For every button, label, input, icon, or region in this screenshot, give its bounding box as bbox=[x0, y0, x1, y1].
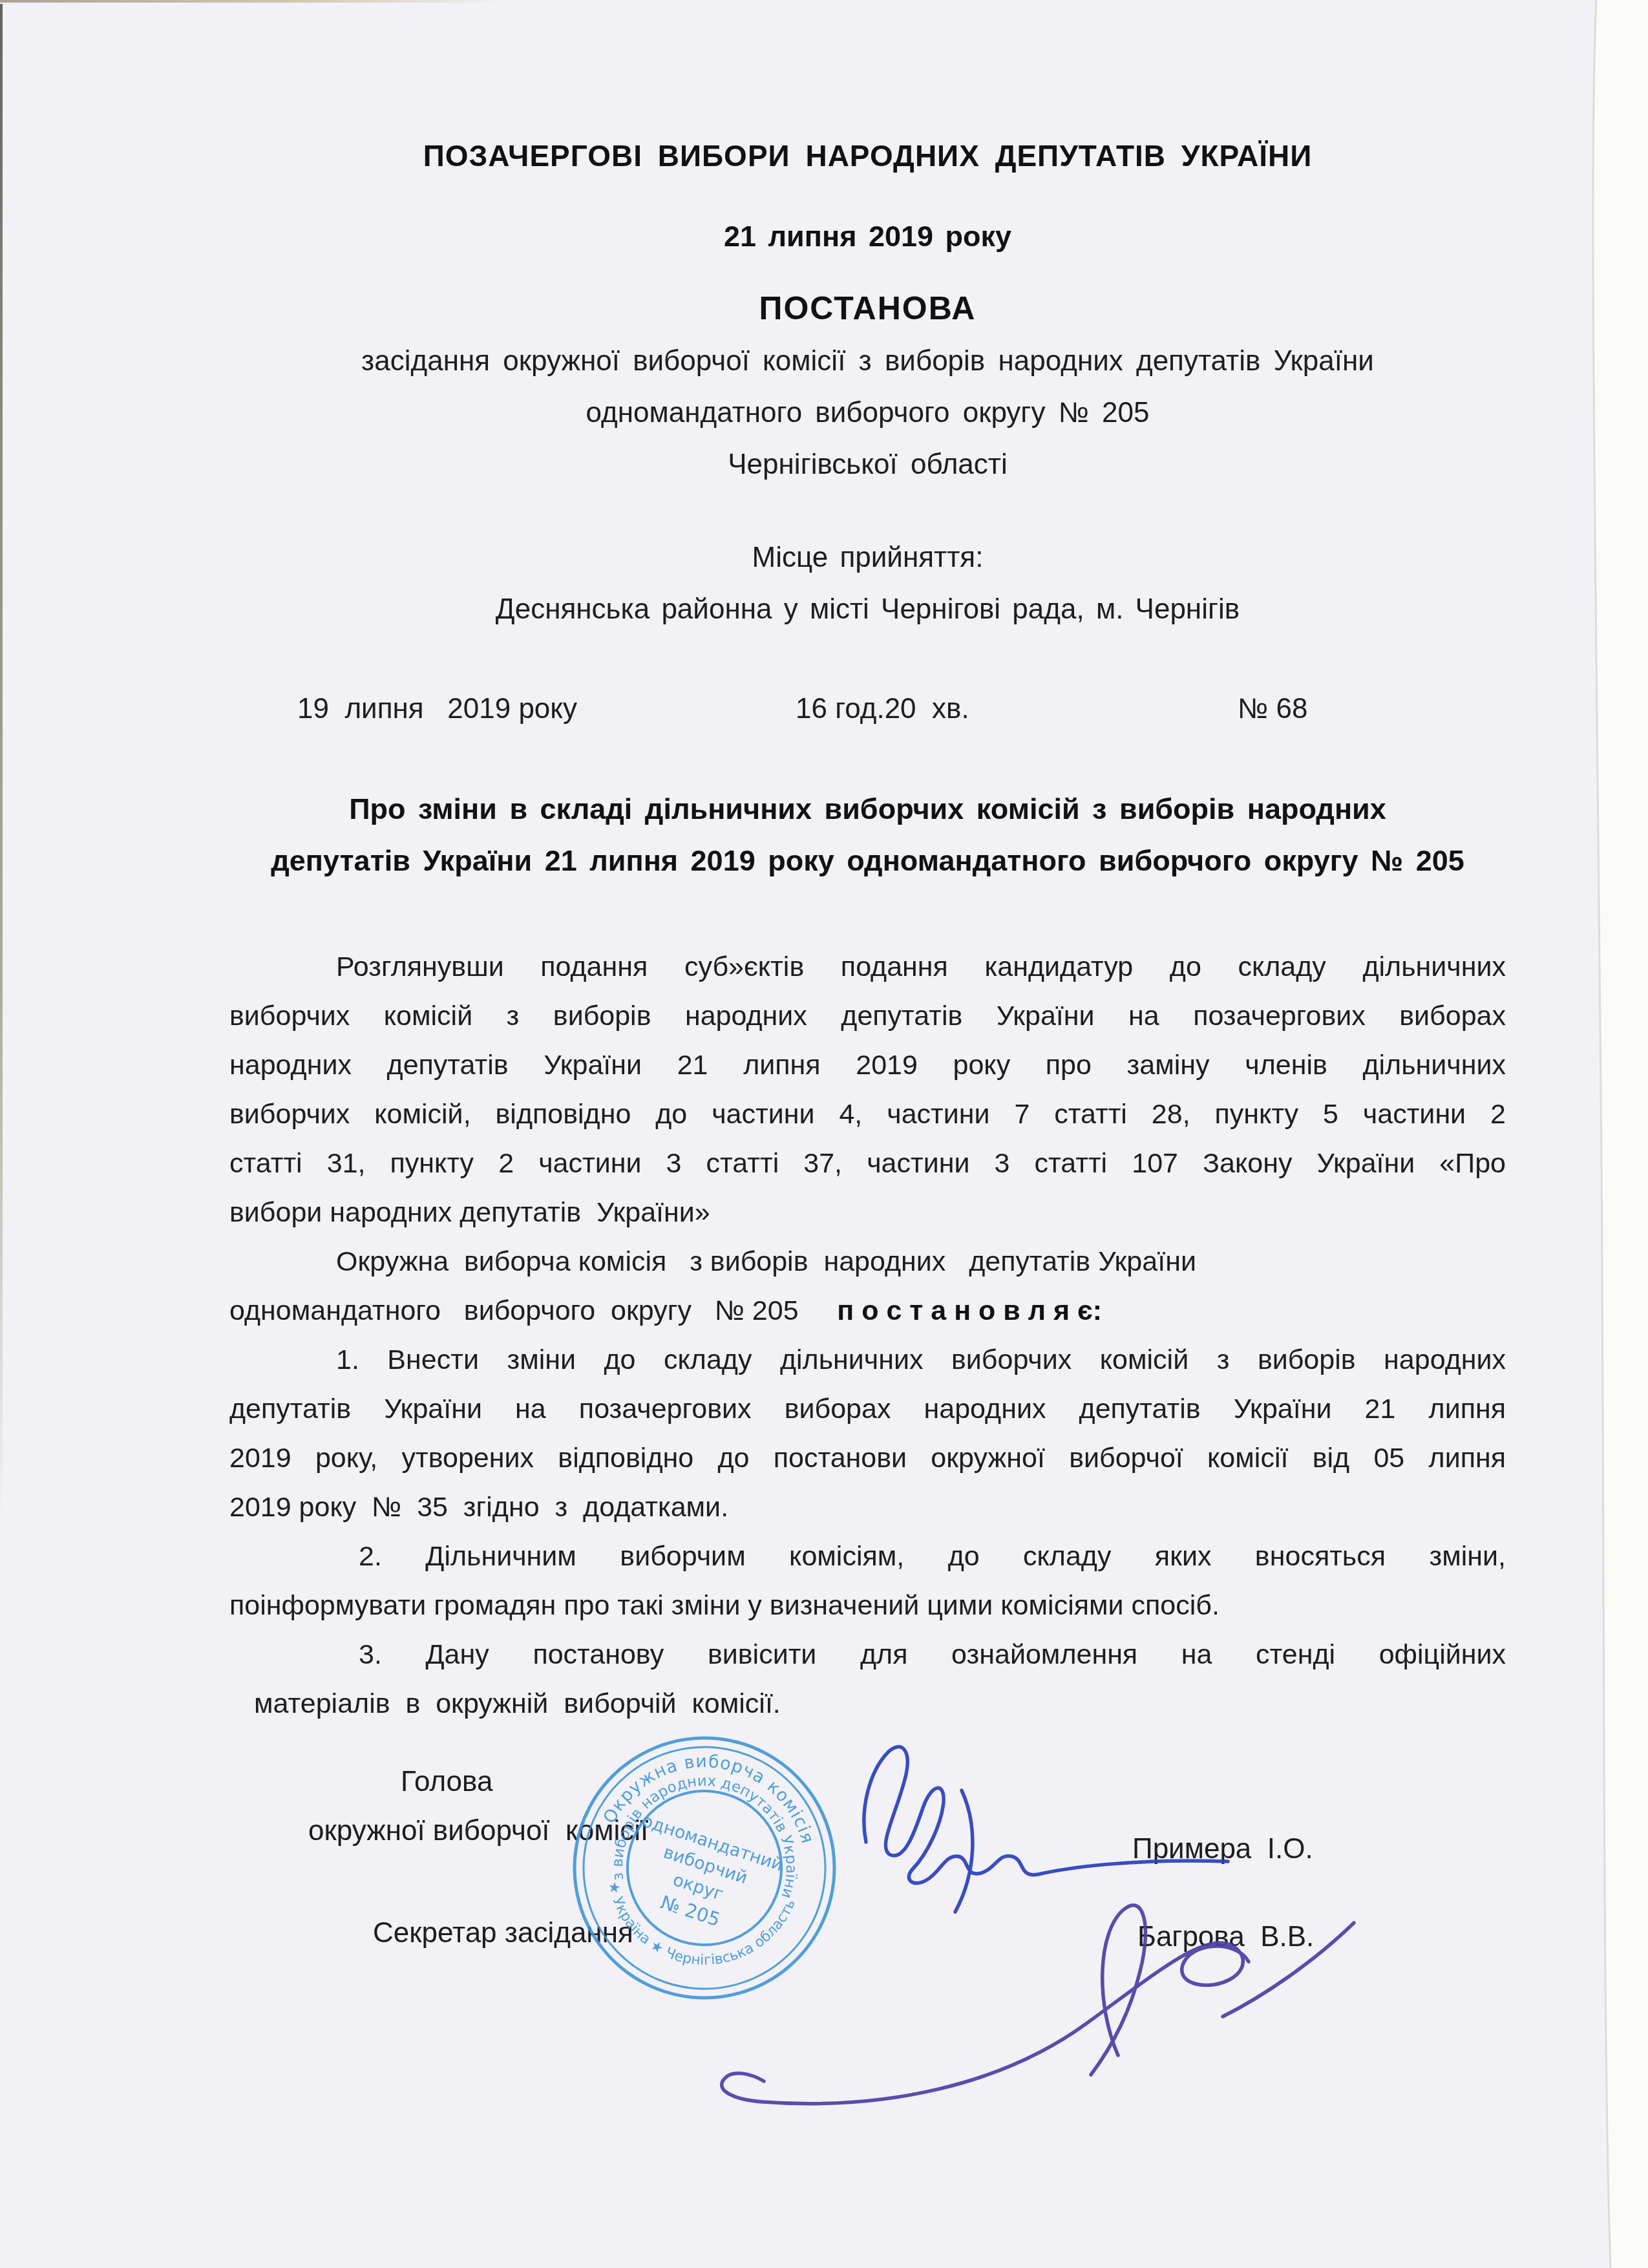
body-line: 2019 року № 35 згідно з додатками. bbox=[229, 1483, 1506, 1532]
body-line: 1. Внести зміни до складу дільничних виб… bbox=[229, 1335, 1506, 1384]
head-signature bbox=[864, 1747, 1228, 1912]
head-role-line-1: Голова bbox=[401, 1766, 492, 1798]
secretary-signature bbox=[722, 1905, 1354, 2104]
body-line: статті 31, пункту 2 частини 3 статті 37,… bbox=[229, 1139, 1506, 1188]
signatures-overlay bbox=[549, 1655, 1389, 2172]
doc-type: ПОСТАНОВА bbox=[229, 290, 1506, 327]
body-line: 2. Дільничним виборчим комісіям, до скла… bbox=[229, 1532, 1506, 1581]
scan-top-edge-artifact bbox=[0, 0, 504, 3]
document-scan: ПОЗАЧЕРГОВІ ВИБОРИ НАРОДНИХ ДЕПУТАТІВ УК… bbox=[0, 0, 1648, 2268]
session-line-3: Чернігівської області bbox=[229, 449, 1506, 481]
body-line: виборчих комісій, відповідно до частини … bbox=[229, 1090, 1506, 1139]
body-line: виборчих комісій з виборів народних депу… bbox=[229, 991, 1506, 1041]
place-value: Деснянська районна у місті Чернігові рад… bbox=[229, 593, 1506, 626]
page-title: ПОЗАЧЕРГОВІ ВИБОРИ НАРОДНИХ ДЕПУТАТІВ УК… bbox=[229, 138, 1506, 173]
body-line: вибори народних депутатів України» bbox=[229, 1188, 1506, 1237]
body-line: поінформувати громадян про такі зміни у … bbox=[229, 1581, 1506, 1630]
subject-line-1: Про зміни в складі дільничних виборчих к… bbox=[229, 792, 1506, 826]
meta-time: 16 год.20 хв. bbox=[796, 693, 969, 725]
subject-line-2: депутатів України 21 липня 2019 року одн… bbox=[229, 844, 1506, 878]
body-line: Окружна виборча комісія з виборів народн… bbox=[229, 1237, 1506, 1286]
place-label: Місце прийняття: bbox=[229, 542, 1506, 574]
body-line: 2019 року, утворених відповідно до поста… bbox=[229, 1434, 1506, 1483]
election-date-line: 21 липня 2019 року bbox=[229, 220, 1506, 253]
meta-row: 19 липня 2019 року 16 год.20 хв. № 68 bbox=[229, 693, 1506, 732]
body-line: одномандатного виборчого округу № 205 п … bbox=[229, 1286, 1506, 1335]
scan-left-edge-artifact bbox=[0, 4, 3, 1523]
body-line-text: одномандатного виборчого округу № 205 bbox=[229, 1295, 837, 1326]
paper-right-edge bbox=[1570, 0, 1648, 2268]
meta-number: № 68 bbox=[1238, 693, 1307, 725]
body-line: Розглянувши подання суб»єктів подання ка… bbox=[229, 942, 1506, 991]
meta-date: 19 липня 2019 року bbox=[297, 693, 577, 725]
body-line: народних депутатів України 21 липня 2019… bbox=[229, 1041, 1506, 1090]
resolves-keyword: п о с т а н о в л я є: bbox=[837, 1295, 1102, 1326]
session-line-1: засідання окружної виборчої комісії з ви… bbox=[229, 345, 1506, 377]
body-text: Розглянувши подання суб»єктів подання ка… bbox=[229, 942, 1506, 1728]
session-line-2: одномандатного виборчого округу № 205 bbox=[229, 397, 1506, 429]
body-line: депутатів України на позачергових вибора… bbox=[229, 1384, 1506, 1434]
